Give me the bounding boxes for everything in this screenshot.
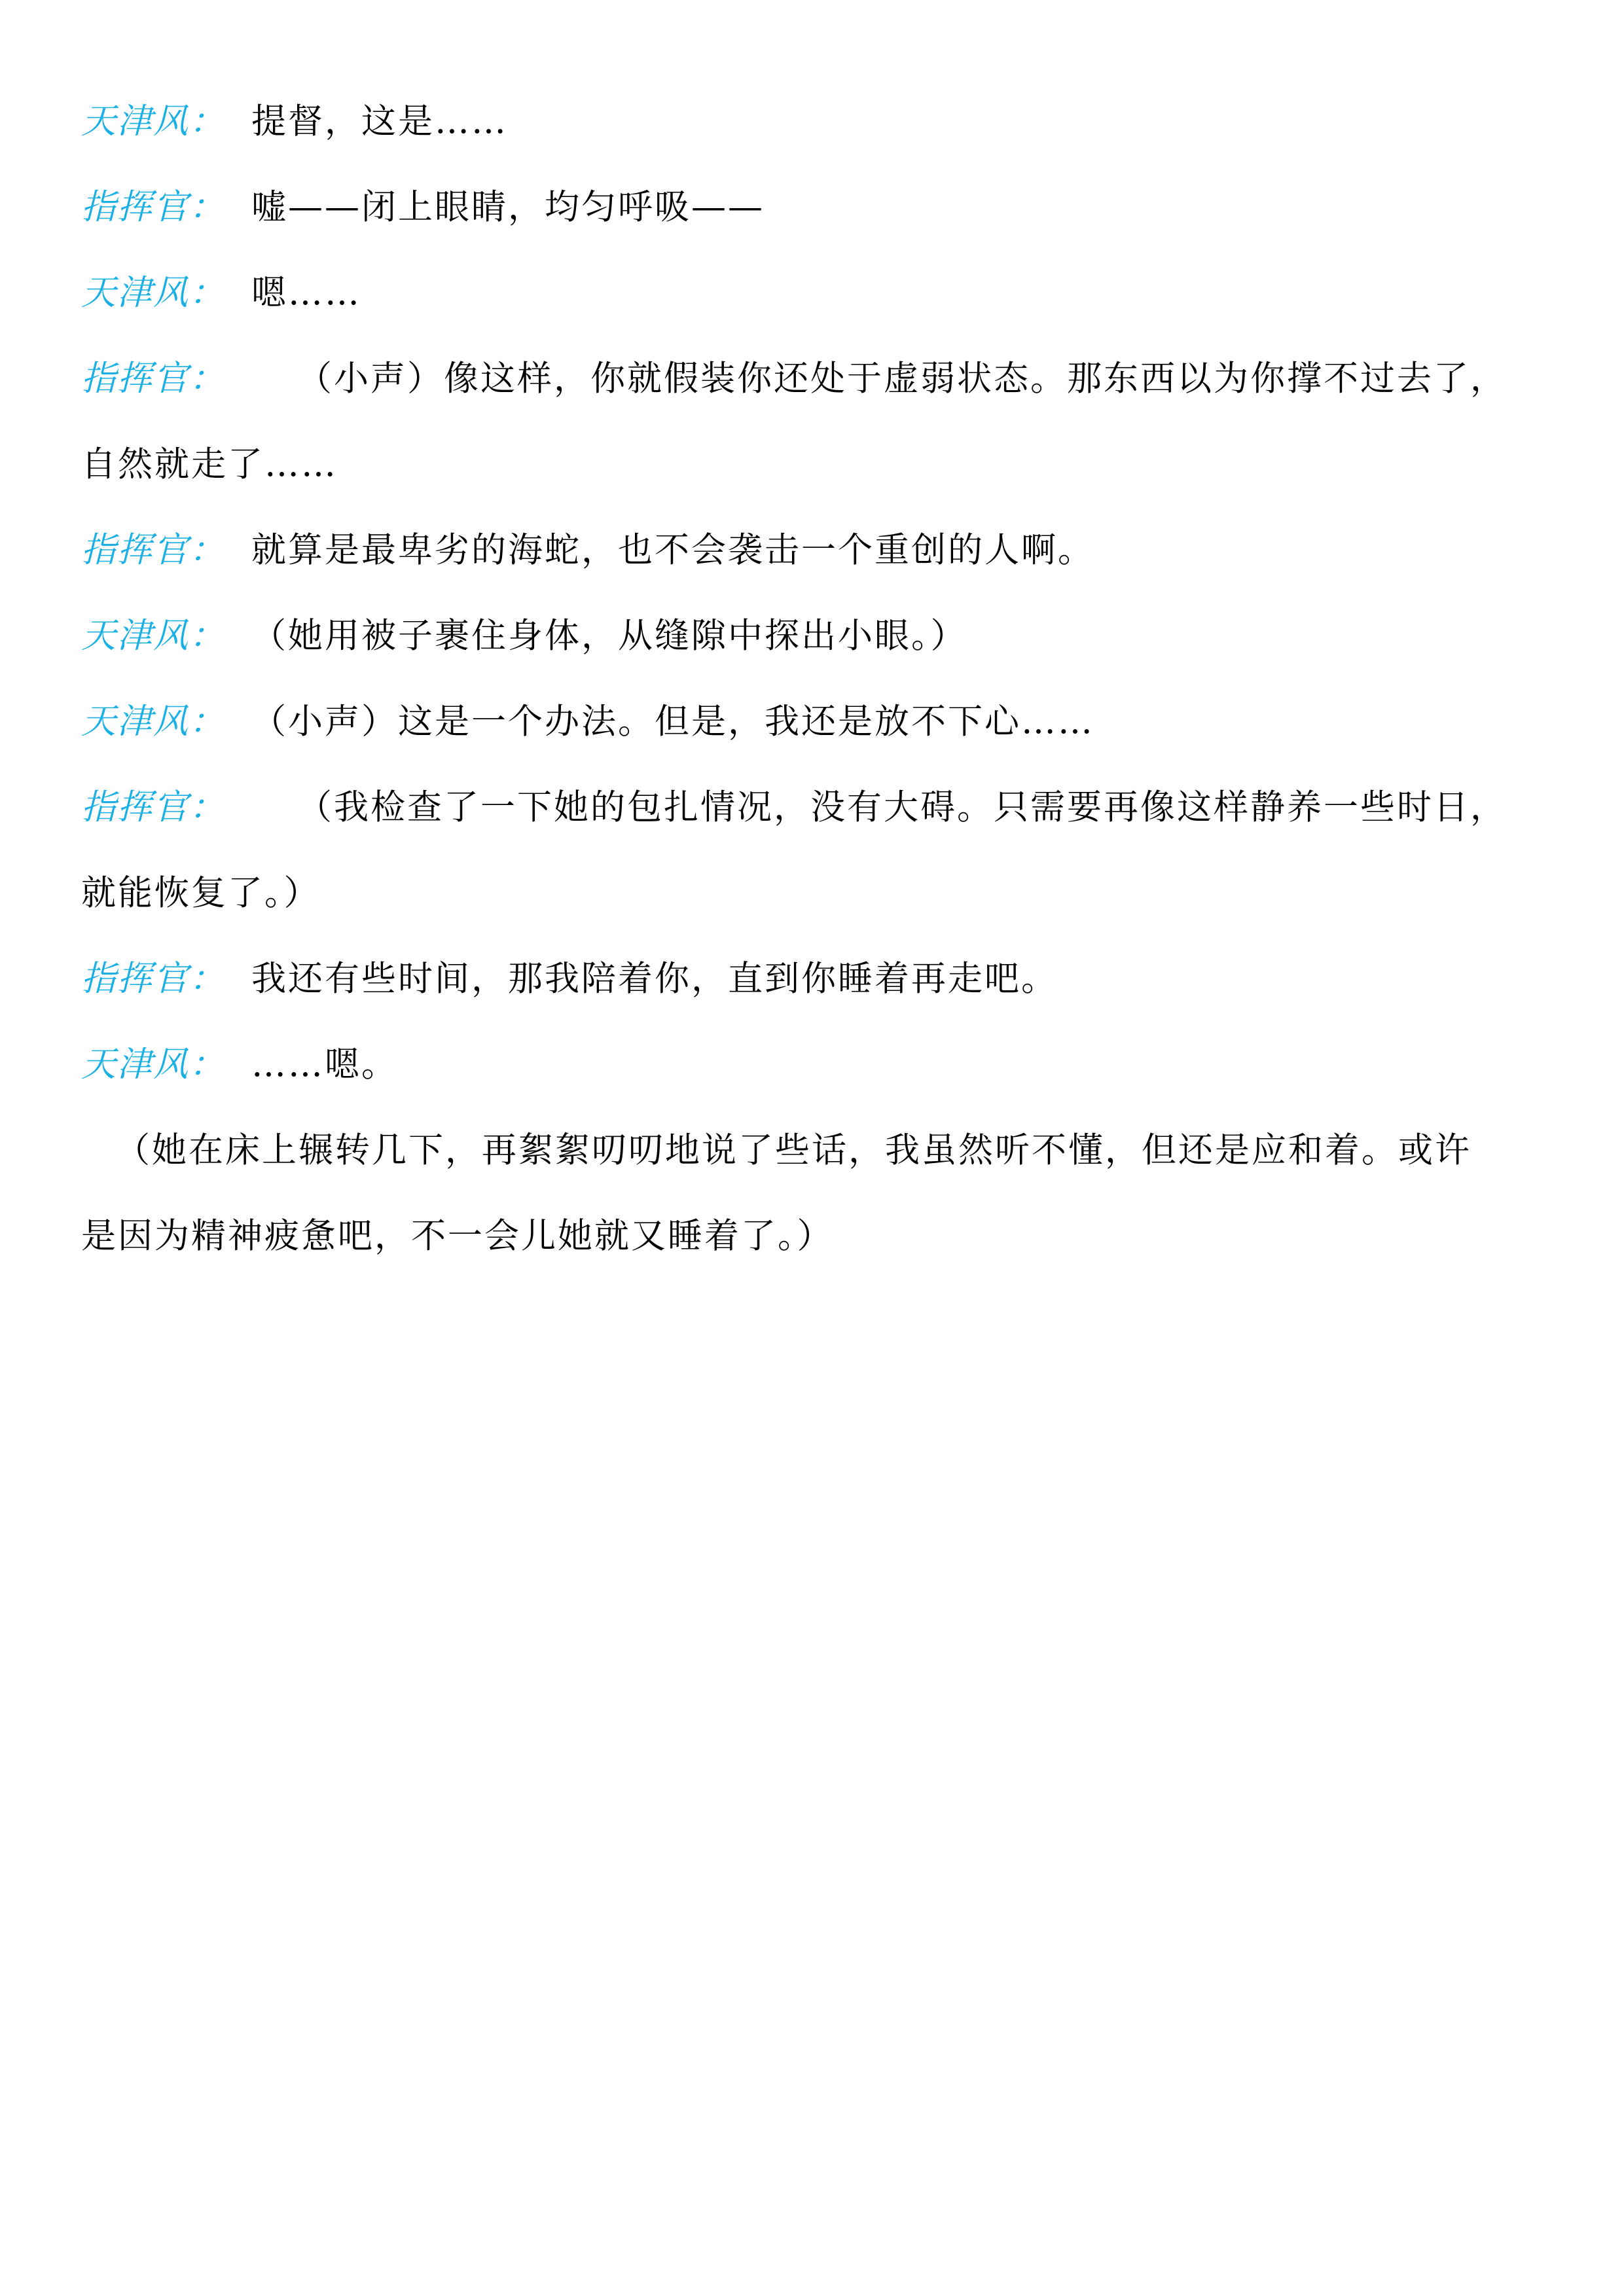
- speaker-label: 指挥官：: [81, 336, 225, 422]
- dialogue-text: 嗯……: [251, 250, 361, 336]
- speaker-label: 指挥官：: [81, 936, 225, 1022]
- dialogue-line: 天津风： ……嗯。: [81, 1022, 1541, 1107]
- speaker-label: 指挥官：: [81, 507, 225, 593]
- speaker-label: 指挥官：: [81, 764, 225, 850]
- dialogue-line: 指挥官： 嘘——闭上眼睛，均匀呼吸——: [81, 164, 1541, 250]
- dialogue-text: 提督，这是……: [251, 79, 508, 164]
- dialogue-line: 天津风： 提督，这是……: [81, 79, 1541, 164]
- dialogue-line: 指挥官： 我还有些时间，那我陪着你，直到你睡着再走吧。: [81, 936, 1541, 1022]
- dialogue-text: （小声）像这样，你就假装你还处于虚弱状态。那东西以为你撑不过去了，: [297, 336, 1507, 422]
- dialogue-line: 指挥官： （小声）像这样，你就假装你还处于虚弱状态。那东西以为你撑不过去了，: [81, 336, 1541, 422]
- dialogue-text: 就能恢复了。）: [81, 850, 321, 936]
- dialogue-line: 天津风： 嗯……: [81, 250, 1541, 336]
- document-page: 天津风： 提督，这是…… 指挥官： 嘘——闭上眼睛，均匀呼吸—— 天津风： 嗯……: [0, 0, 1624, 2296]
- dialogue-text: （小声）这是一个办法。但是，我还是放不下心……: [251, 679, 1094, 764]
- dialogue-line: 天津风： （她用被子裹住身体，从缝隙中探出小眼。）: [81, 593, 1541, 679]
- narration-continuation: 是因为精神疲惫吧，不一会儿她就又睡着了。）: [81, 1193, 1541, 1279]
- dialogue-continuation: 自然就走了……: [81, 422, 1541, 507]
- dialogue-line: 指挥官： 就算是最卑劣的海蛇，也不会袭击一个重创的人啊。: [81, 507, 1541, 593]
- speaker-label: 天津风：: [81, 679, 225, 764]
- speaker-label: 指挥官：: [81, 164, 225, 250]
- dialogue-text: 就算是最卑劣的海蛇，也不会袭击一个重创的人啊。: [251, 507, 1094, 593]
- dialogue-line: 指挥官： （我检查了一下她的包扎情况，没有大碍。只需要再像这样静养一些时日，: [81, 764, 1541, 850]
- dialogue-text: ……嗯。: [251, 1022, 398, 1107]
- narration-paragraph: （她在床上辗转几下，再絮絮叨叨地说了些话，我虽然听不懂，但还是应和着。或许: [81, 1107, 1541, 1193]
- dialogue-text: 我还有些时间，那我陪着你，直到你睡着再走吧。: [251, 936, 1058, 1022]
- dialogue-text: （我检查了一下她的包扎情况，没有大碍。只需要再像这样静养一些时日，: [297, 764, 1507, 850]
- speaker-label: 天津风：: [81, 79, 225, 164]
- narration-text: （她在床上辗转几下，再絮絮叨叨地说了些话，我虽然听不懂，但还是应和着。或许: [115, 1107, 1471, 1193]
- dialogue-text: 自然就走了……: [81, 422, 338, 507]
- dialogue-continuation: 就能恢复了。）: [81, 850, 1541, 936]
- speaker-label: 天津风：: [81, 1022, 225, 1107]
- dialogue-text: （她用被子裹住身体，从缝隙中探出小眼。）: [251, 593, 967, 679]
- dialogue-line: 天津风： （小声）这是一个办法。但是，我还是放不下心……: [81, 679, 1541, 764]
- narration-text: 是因为精神疲惫吧，不一会儿她就又睡着了。）: [81, 1193, 834, 1279]
- speaker-label: 天津风：: [81, 593, 225, 679]
- speaker-label: 天津风：: [81, 250, 225, 336]
- dialogue-text: 嘘——闭上眼睛，均匀呼吸——: [251, 164, 765, 250]
